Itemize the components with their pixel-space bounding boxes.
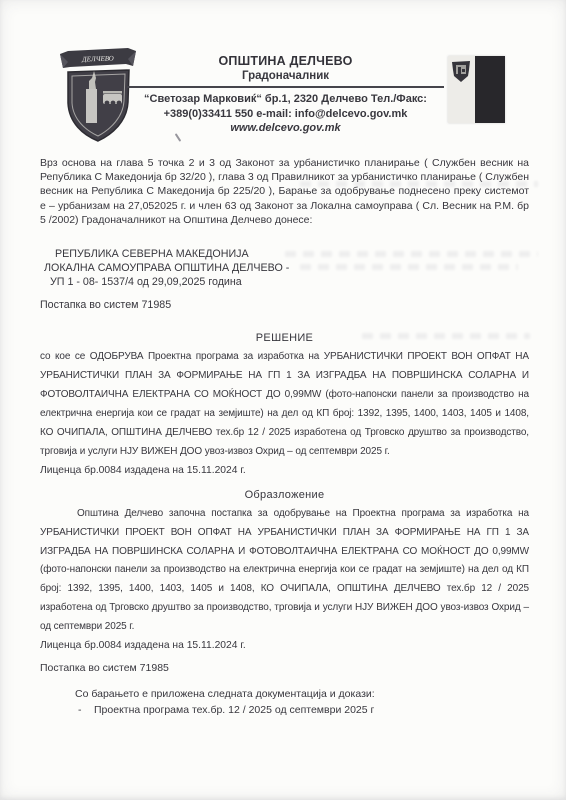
attachment-text: Проектна програма тех.бр. 12 / 2025 од с…: [94, 703, 374, 718]
stamp-black-bar: [475, 56, 505, 123]
license-line: Лиценца бр.0084 издадена на 15.11.2024 г…: [40, 462, 529, 481]
municipality-name: ОПШТИНА ДЕЛЧЕВО: [127, 54, 444, 68]
contact-line: +389(0)33411 550 e-mail: info@delcevo.go…: [127, 108, 444, 122]
office-title: Градоначалник: [127, 70, 444, 82]
resolution-body: со кое се ОДОБРУВА Проектна програма за …: [40, 348, 529, 461]
logo-banner-text: ДЕЛЧЕВО: [81, 54, 114, 63]
letterhead: ОПШТИНА ДЕЛЧЕВО Градоначалник “Светозар …: [127, 54, 444, 134]
scanned-document-page: ДЕЛЧЕВО ОПШТИНА ДЕЛЧЕВО Градоначалник “С…: [0, 0, 566, 800]
address-line: “Светозар Марковиќ“ бр.1, 2320 Делчево Т…: [127, 93, 444, 107]
scan-crease-mark: [175, 133, 182, 142]
list-dash: -: [78, 703, 94, 718]
case-number-line: УП 1 - 08- 1537/4 од 29,09,2025 година: [40, 276, 529, 290]
attachments-section: Со барањето е приложена следната докумен…: [40, 687, 529, 718]
reference-block: РЕПУБЛИКА СЕВЕРНА МАКЕДОНИЈА ЛОКАЛНА САМ…: [40, 248, 529, 289]
local-government-line: ЛОКАЛНА САМОУПРАВА ОПШТИНА ДЕЛЧЕВО -: [40, 262, 529, 276]
attachment-item: - Проектна програма тех.бр. 12 / 2025 од…: [40, 703, 529, 718]
explanation-heading: Образложение: [40, 489, 529, 501]
attachments-intro: Со барањето е приложена следната докумен…: [40, 687, 529, 702]
resolution-heading: РЕШЕНИЕ: [40, 332, 529, 344]
system-procedure-line: Постапка во систем 71985: [40, 299, 529, 311]
system-procedure-line-2: Постапка во систем 71985: [40, 662, 529, 674]
legal-basis-paragraph: Врз основа на глава 5 точка 2 и 3 од Зак…: [40, 156, 529, 227]
license-line-2: Лиценца бр.0084 издадена на 15.11.2024 г…: [40, 637, 529, 656]
republic-line: РЕПУБЛИКА СЕВЕРНА МАКЕДОНИЈА: [40, 248, 529, 262]
explanation-body: Општина Делчево започна постапка за одоб…: [40, 505, 529, 637]
letterhead-divider: [127, 86, 444, 88]
website-line: www.delcevo.gov.mk: [127, 122, 444, 134]
scanned-stamp: [448, 56, 505, 123]
document-body: Врз основа на глава 5 точка 2 и 3 од Зак…: [40, 156, 529, 718]
stamp-crest-icon: [451, 60, 471, 84]
